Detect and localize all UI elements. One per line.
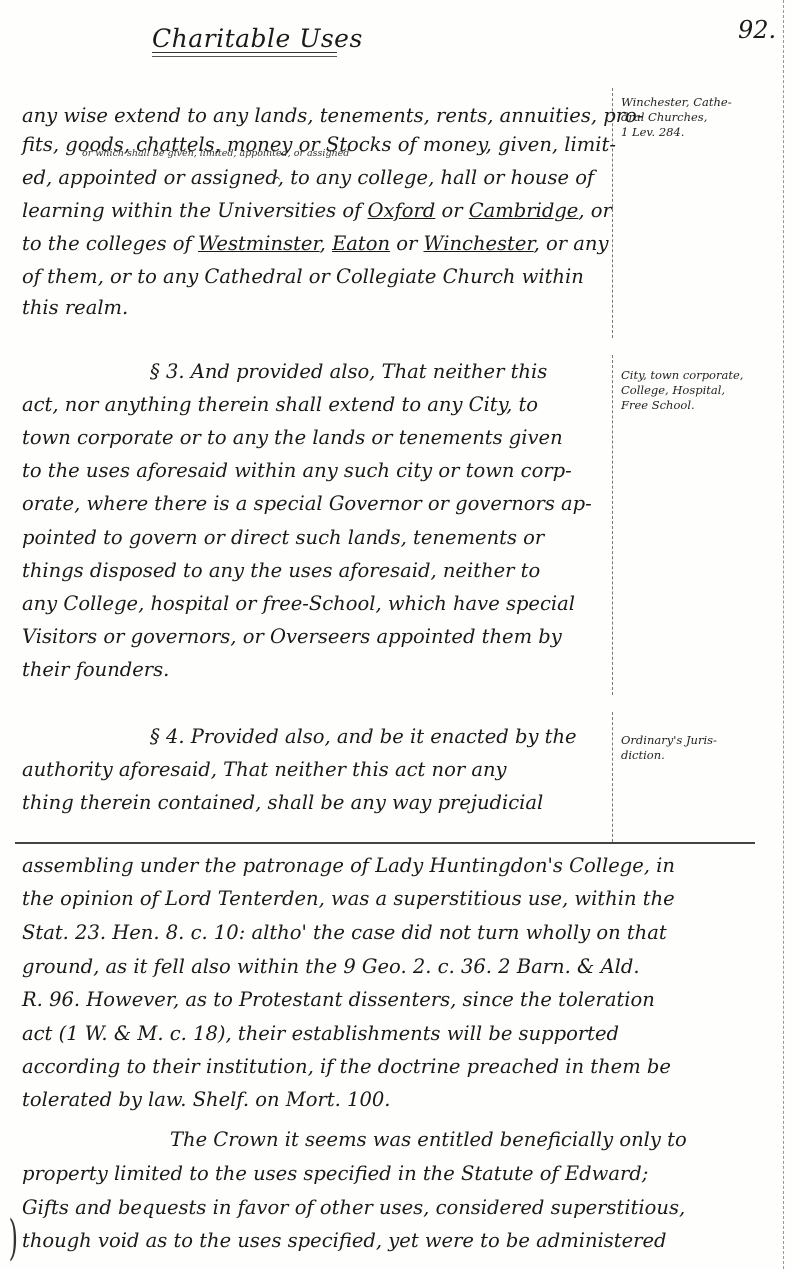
margin-rule xyxy=(612,712,613,842)
text-line: to the colleges of Westminster, Eaton or… xyxy=(22,234,608,254)
place-cambridge: Cambridge xyxy=(469,199,579,222)
margin-note: Ordinary's Juris- diction. xyxy=(621,733,717,763)
text-line: to the uses aforesaid within any such ci… xyxy=(22,461,572,481)
text-segment: , xyxy=(320,232,332,255)
footnote-line: tolerated by law. Shelf. on Mort. 100. xyxy=(22,1090,390,1110)
page-edge xyxy=(783,0,784,1269)
text-line: any College, hospital or free-School, wh… xyxy=(22,594,575,614)
text-segment: learning within the Universities of xyxy=(22,199,368,222)
text-segment: , or xyxy=(578,199,611,222)
text-line: learning within the Universities of Oxfo… xyxy=(22,201,612,221)
margin-rule xyxy=(612,355,613,695)
text-line: thing therein contained, shall be any wa… xyxy=(22,793,543,813)
text-line: § 3. And provided also, That neither thi… xyxy=(150,362,547,382)
footnote-line: the opinion of Lord Tenterden, was a sup… xyxy=(22,889,675,909)
text-line: authority aforesaid, That neither this a… xyxy=(22,760,507,780)
margin-note: City, town corporate, College, Hospital,… xyxy=(621,368,743,413)
place-eaton: Eaton xyxy=(332,232,390,255)
footnote-line: property limited to the uses specified i… xyxy=(22,1164,648,1184)
footnote-line: Gifts and bequests in favor of other use… xyxy=(22,1198,685,1218)
text-line: act, nor anything therein shall extend t… xyxy=(22,395,538,415)
footnote-line: ground, as it fell also within the 9 Geo… xyxy=(22,957,640,977)
margin-note: Winchester, Cathe- dral Churches, 1 Lev.… xyxy=(621,95,732,140)
footnote-line: R. 96. However, as to Protestant dissent… xyxy=(22,990,655,1010)
footnote-line: assembling under the patronage of Lady H… xyxy=(22,856,675,876)
place-winchester: Winchester xyxy=(424,232,534,255)
text-line: pointed to govern or direct such lands, … xyxy=(22,528,544,548)
interlinear-insertion: or which shall be given, limited, appoin… xyxy=(82,148,349,159)
text-segment: or xyxy=(390,232,423,255)
text-line: of them, or to any Cathedral or Collegia… xyxy=(22,267,584,287)
place-oxford: Oxford xyxy=(368,199,436,222)
text-segment: , or any xyxy=(534,232,609,255)
text-line: ed, appointed or assigned, to any colleg… xyxy=(22,168,594,188)
text-line: § 4. Provided also, and be it enacted by… xyxy=(150,727,577,747)
text-line: any wise extend to any lands, tenements,… xyxy=(22,106,643,126)
footnote-line: The Crown it seems was entitled benefici… xyxy=(170,1130,687,1150)
footnote-line: though void as to the uses specified, ye… xyxy=(22,1231,667,1251)
text-line: their founders. xyxy=(22,660,169,680)
page-title: Charitable Uses xyxy=(152,24,363,53)
margin-bracket: ) xyxy=(9,1210,18,1266)
text-line: town corporate or to any the lands or te… xyxy=(22,428,563,448)
title-underline xyxy=(152,52,337,57)
text-line: orate, where there is a special Governor… xyxy=(22,494,592,514)
manuscript-page: Charitable Uses 92. any wise extend to a… xyxy=(0,0,791,1269)
text-line: things disposed to any the uses aforesai… xyxy=(22,561,540,581)
text-line: this realm. xyxy=(22,298,128,318)
footnote-line: Stat. 23. Hen. 8. c. 10: altho' the case… xyxy=(22,923,667,943)
text-segment: to the colleges of xyxy=(22,232,198,255)
text-segment: or xyxy=(435,199,468,222)
text-line: Visitors or governors, or Overseers appo… xyxy=(22,627,562,647)
footnote-line: act (1 W. & M. c. 18), their establishme… xyxy=(22,1024,619,1044)
place-westminster: Westminster xyxy=(198,232,320,255)
page-number: 92. xyxy=(738,16,776,44)
footnote-divider xyxy=(15,842,755,844)
footnote-line: according to their institution, if the d… xyxy=(22,1057,671,1077)
